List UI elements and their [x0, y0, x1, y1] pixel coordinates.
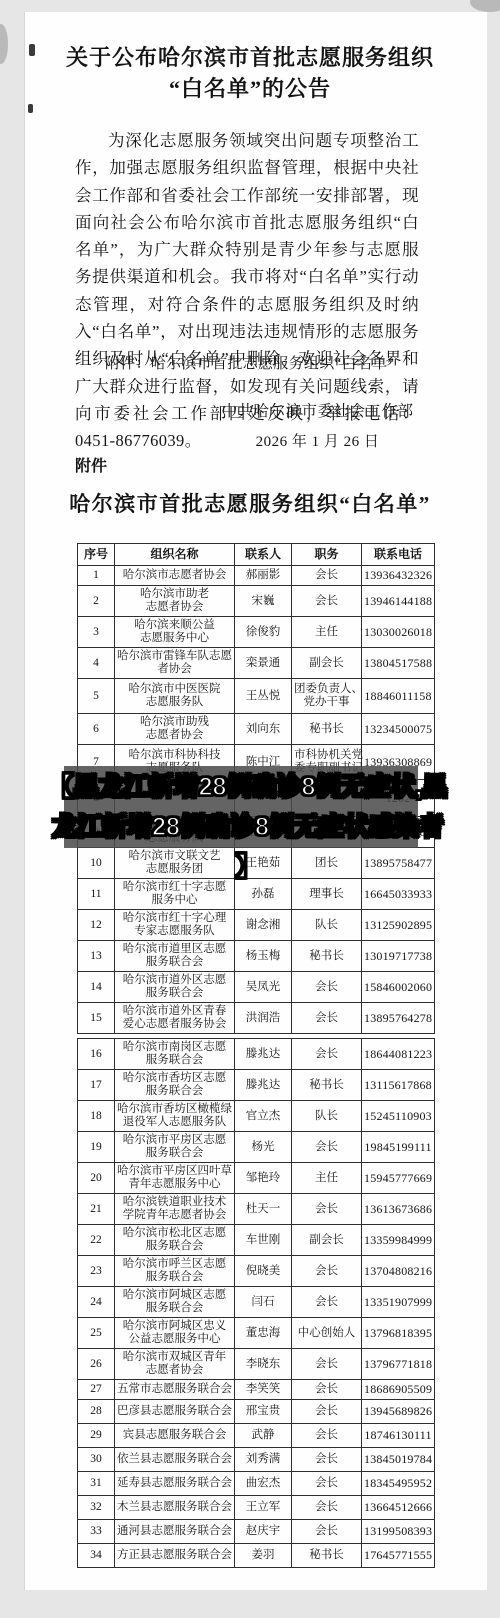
table-row: 4哈尔滨市雷锋车队志愿 者协会栾景通副会长13804517588 [78, 648, 435, 679]
table-row: 20哈尔滨市平房区四叶草 青年志愿服务中心邹艳玲主任15945777669 [78, 1163, 435, 1194]
cell-org: 哈尔滨市香坊区橄榄绿 退役军人志愿服务队 [115, 1101, 235, 1132]
table-row: 28巴彦县志愿服务联合会邢宝贵会长13945689826 [78, 1400, 435, 1424]
cell-index: 29 [78, 1424, 115, 1448]
cell-phone: 13199508393 [362, 1520, 435, 1544]
cell-contact: 杜天一 [235, 1194, 292, 1225]
table-row: 30依兰县志愿服务联合会刘秀满会长13845019784 [78, 1448, 435, 1472]
cell-contact: 闫石 [235, 1287, 292, 1318]
cell-index: 33 [78, 1520, 115, 1544]
scan-artifact [28, 104, 33, 113]
cell-contact: 王立军 [235, 1496, 292, 1520]
cell-org: 哈尔滨市助老 志愿者协会 [115, 586, 235, 617]
cell-phone: 13351907999 [362, 1287, 435, 1318]
cell-phone: 19845199111 [362, 1132, 435, 1163]
whitelist-table-part2: 16哈尔滨市南岗区志愿 服务联合会滕兆达会长1864408122317哈尔滨市香… [77, 1038, 434, 1568]
table-header-cell: 联系电话 [362, 544, 435, 566]
cell-org: 哈尔滨市道里区志愿 服务联合会 [115, 941, 235, 972]
cell-org: 延寿县志愿服务联合会 [115, 1472, 235, 1496]
cell-position: 会长 [292, 1520, 362, 1544]
cell-position: 会长 [292, 1472, 362, 1496]
table-row: 1哈尔滨市志愿者协会郝丽影会长13936432326 [78, 566, 435, 586]
cell-org: 木兰县志愿服务联合会 [115, 1496, 235, 1520]
cell-contact: 刘秀满 [235, 1448, 292, 1472]
cell-contact: 谢念湘 [235, 910, 292, 941]
cell-position: 会长 [292, 1349, 362, 1380]
cell-contact: 邢宝贵 [235, 1400, 292, 1424]
cell-contact: 吴凤光 [235, 972, 292, 1003]
cell-contact: 董忠海 [235, 1318, 292, 1349]
cell-phone: 13704808216 [362, 1256, 435, 1287]
overlay-caption-line3: 】 [36, 847, 460, 887]
cell-position: 团委负责人、 党办干事 [292, 679, 362, 714]
cell-phone: 13946144188 [362, 586, 435, 617]
table-row: 22哈尔滨市松北区志愿 服务联合会车世刚副会长13359984999 [78, 1225, 435, 1256]
cell-index: 12 [78, 910, 115, 941]
cell-position: 中心创始人 [292, 1318, 362, 1349]
overlay-caption-line1: 【黑龙江新增28例确诊8例无症状,黑 [36, 767, 460, 807]
cell-org: 哈尔滨市香坊区志愿 服务联合会 [115, 1070, 235, 1101]
issue-date: 2026 年 1 月 26 日 [200, 430, 435, 451]
cell-position: 会长 [292, 566, 362, 586]
cell-phone: 13115617868 [362, 1070, 435, 1101]
cell-position: 会长 [292, 1496, 362, 1520]
cell-phone: 18644081223 [362, 1039, 435, 1070]
cell-org: 方正县志愿服务联合会 [115, 1544, 235, 1568]
cell-index: 6 [78, 714, 115, 745]
cell-position: 秘书长 [292, 1070, 362, 1101]
cell-org: 哈尔滨市道外区志愿 服务联合会 [115, 972, 235, 1003]
cell-org: 哈尔滨市志愿者协会 [115, 566, 235, 586]
cell-index: 31 [78, 1472, 115, 1496]
cell-index: 2 [78, 586, 115, 617]
cell-index: 24 [78, 1287, 115, 1318]
cell-contact: 车世刚 [235, 1225, 292, 1256]
cell-index: 25 [78, 1318, 115, 1349]
cell-contact: 刘向东 [235, 714, 292, 745]
cell-index: 34 [78, 1544, 115, 1568]
cell-index: 27 [78, 1380, 115, 1400]
cell-index: 16 [78, 1039, 115, 1070]
cell-phone: 13664512666 [362, 1496, 435, 1520]
cell-org: 哈尔滨市平房区志愿 服务联合会 [115, 1132, 235, 1163]
cell-org: 五常市志愿服务联合会 [115, 1380, 235, 1400]
table-row: 15哈尔滨市道外区青春 爱心志愿者服务协会洪润浩会长13895764278 [78, 1003, 435, 1034]
table-row: 32木兰县志愿服务联合会王立军会长13664512666 [78, 1496, 435, 1520]
cell-position: 秘书长 [292, 1544, 362, 1568]
cell-index: 26 [78, 1349, 115, 1380]
cell-index: 1 [78, 566, 115, 586]
cell-position: 会长 [292, 1256, 362, 1287]
table-row: 31延寿县志愿服务联合会曲宏杰会长18345495952 [78, 1472, 435, 1496]
table-row: 21哈尔滨铁道职业技术 学院青年志愿者协会杜天一会长13613673686 [78, 1194, 435, 1225]
cell-index: 4 [78, 648, 115, 679]
table-row: 17哈尔滨市香坊区志愿 服务联合会滕兆达秘书长13115617868 [78, 1070, 435, 1101]
attachment-label: 附件 [75, 453, 107, 476]
table-row: 19哈尔滨市平房区志愿 服务联合会杨光会长19845199111 [78, 1132, 435, 1163]
whitelist-table-continued: 16哈尔滨市南岗区志愿 服务联合会滕兆达会长1864408122317哈尔滨市香… [77, 1038, 435, 1568]
cell-contact: 倪晓美 [235, 1256, 292, 1287]
cell-contact: 滕兆达 [235, 1070, 292, 1101]
cell-position: 秘书长 [292, 941, 362, 972]
cell-phone: 13613673686 [362, 1194, 435, 1225]
cell-index: 5 [78, 679, 115, 714]
cell-phone: 15245110903 [362, 1101, 435, 1132]
table-row: 6哈尔滨市助残 志愿者协会刘向东秘书长13234500075 [78, 714, 435, 745]
cell-contact: 官立杰 [235, 1101, 292, 1132]
cell-phone: 13019717738 [362, 941, 435, 972]
table-row: 23哈尔滨市呼兰区志愿 服务联合会倪晓美会长13704808216 [78, 1256, 435, 1287]
cell-contact: 李晓东 [235, 1349, 292, 1380]
cell-contact: 李笑笑 [235, 1380, 292, 1400]
cell-phone: 13359984999 [362, 1225, 435, 1256]
cell-org: 哈尔滨市平房区四叶草 青年志愿服务中心 [115, 1163, 235, 1194]
cell-contact: 栾景通 [235, 648, 292, 679]
cell-position: 会长 [292, 1039, 362, 1070]
cell-position: 副会长 [292, 648, 362, 679]
attachment-note: 附件：哈尔滨市首批志愿服务组织“白名单” [75, 352, 419, 373]
cell-index: 28 [78, 1400, 115, 1424]
cell-phone: 13796818395 [362, 1318, 435, 1349]
cell-contact: 郝丽影 [235, 566, 292, 586]
cell-position: 会长 [292, 1400, 362, 1424]
cell-index: 30 [78, 1448, 115, 1472]
table-header-cell: 组织名称 [115, 544, 235, 566]
cell-org: 哈尔滨市呼兰区志愿 服务联合会 [115, 1256, 235, 1287]
cell-position: 队长 [292, 910, 362, 941]
table-row: 26哈尔滨市双城区青年 志愿者协会李晓东会长13796771818 [78, 1349, 435, 1380]
cell-phone: 17645771555 [362, 1544, 435, 1568]
cell-contact: 武静 [235, 1424, 292, 1448]
table-header-cell: 序号 [78, 544, 115, 566]
cell-org: 通河县志愿服务联合会 [115, 1520, 235, 1544]
issuer: 中共哈尔滨市委社会工作部 [200, 399, 435, 421]
table-header-cell: 职务 [292, 544, 362, 566]
table-row: 14哈尔滨市道外区志愿 服务联合会吴凤光会长15846002060 [78, 972, 435, 1003]
cell-phone: 13945689826 [362, 1400, 435, 1424]
cell-phone: 13845019784 [362, 1448, 435, 1472]
cell-index: 20 [78, 1163, 115, 1194]
cell-org: 巴彦县志愿服务联合会 [115, 1400, 235, 1424]
cell-org: 哈尔滨市红十字心理 专家志愿服务队 [115, 910, 235, 941]
cell-position: 会长 [292, 1287, 362, 1318]
cell-index: 23 [78, 1256, 115, 1287]
cell-contact: 赵庆宇 [235, 1520, 292, 1544]
cell-contact: 宋巍 [235, 586, 292, 617]
cell-phone: 18345495952 [362, 1472, 435, 1496]
cell-phone: 18846011158 [362, 679, 435, 714]
cell-phone: 13796771818 [362, 1349, 435, 1380]
announcement-title-line1: 关于公布哈尔滨市首批志愿服务组织 [0, 42, 500, 73]
table-row: 18哈尔滨市香坊区橄榄绿 退役军人志愿服务队官立杰队长15245110903 [78, 1101, 435, 1132]
cell-contact: 杨玉梅 [235, 941, 292, 972]
table-row: 25哈尔滨市阿城区忠义 公益志愿服务中心董忠海中心创始人13796818395 [78, 1318, 435, 1349]
page: { "announcement": { "title_lines": ["关于公… [0, 0, 500, 1618]
cell-phone: 15846002060 [362, 972, 435, 1003]
cell-position: 会长 [292, 972, 362, 1003]
cell-org: 宾县志愿服务联合会 [115, 1424, 235, 1448]
table-row: 27五常市志愿服务联合会李笑笑会长18686905509 [78, 1380, 435, 1400]
cell-org: 哈尔滨市雷锋车队志愿 者协会 [115, 648, 235, 679]
cell-org: 哈尔滨市阿城区志愿 服务联合会 [115, 1287, 235, 1318]
cell-position: 主任 [292, 617, 362, 648]
cell-phone: 18746130111 [362, 1424, 435, 1448]
cell-position: 会长 [292, 1132, 362, 1163]
cell-contact: 洪润浩 [235, 1003, 292, 1034]
table-row: 13哈尔滨市道里区志愿 服务联合会杨玉梅秘书长13019717738 [78, 941, 435, 972]
cell-org: 依兰县志愿服务联合会 [115, 1448, 235, 1472]
cell-org: 哈尔滨市双城区青年 志愿者协会 [115, 1349, 235, 1380]
attachment-title: 哈尔滨市首批志愿服务组织“白名单” [0, 488, 500, 518]
cell-phone: 13804517588 [362, 648, 435, 679]
table-header-cell: 联系人 [235, 544, 292, 566]
signature-block: 中共哈尔滨市委社会工作部 2026 年 1 月 26 日 [200, 399, 435, 451]
cell-contact: 杨光 [235, 1132, 292, 1163]
cell-contact: 邹艳玲 [235, 1163, 292, 1194]
table-row: 24哈尔滨市阿城区志愿 服务联合会闫石会长13351907999 [78, 1287, 435, 1318]
cell-org: 哈尔滨市阿城区忠义 公益志愿服务中心 [115, 1318, 235, 1349]
cell-phone: 13125902895 [362, 910, 435, 941]
overlay-caption: 【黑龙江新增28例确诊8例无症状,黑 龙江新增28例确诊8例无症状感染者 】 [36, 767, 460, 887]
cell-org: 哈尔滨市南岗区志愿 服务联合会 [115, 1039, 235, 1070]
announcement-title: 关于公布哈尔滨市首批志愿服务组织 “白名单”的公告 [0, 42, 500, 104]
table-row: 3哈尔滨来顺公益 志愿服务中心徐俊豹主任13030026018 [78, 617, 435, 648]
cell-index: 32 [78, 1496, 115, 1520]
table-row: 33通河县志愿服务联合会赵庆宇会长13199508393 [78, 1520, 435, 1544]
cell-org: 哈尔滨市中医医院 志愿服务队 [115, 679, 235, 714]
cell-phone: 13895764278 [362, 1003, 435, 1034]
cell-contact: 姜羽 [235, 1544, 292, 1568]
cell-position: 会长 [292, 1003, 362, 1034]
cell-index: 18 [78, 1101, 115, 1132]
cell-index: 14 [78, 972, 115, 1003]
table-row: 2哈尔滨市助老 志愿者协会宋巍会长13946144188 [78, 586, 435, 617]
cell-org: 哈尔滨市助残 志愿者协会 [115, 714, 235, 745]
cell-index: 21 [78, 1194, 115, 1225]
cell-index: 3 [78, 617, 115, 648]
cell-index: 19 [78, 1132, 115, 1163]
cell-position: 秘书长 [292, 714, 362, 745]
table-row: 29宾县志愿服务联合会武静会长18746130111 [78, 1424, 435, 1448]
cell-index: 15 [78, 1003, 115, 1034]
cell-index: 13 [78, 941, 115, 972]
cell-index: 17 [78, 1070, 115, 1101]
cell-phone: 15945777669 [362, 1163, 435, 1194]
cell-contact: 曲宏杰 [235, 1472, 292, 1496]
table-row: 16哈尔滨市南岗区志愿 服务联合会滕兆达会长18644081223 [78, 1039, 435, 1070]
announcement-title-line2: “白名单”的公告 [0, 73, 500, 104]
cell-index: 22 [78, 1225, 115, 1256]
cell-org: 哈尔滨市松北区志愿 服务联合会 [115, 1225, 235, 1256]
cell-position: 会长 [292, 1424, 362, 1448]
cell-contact: 王丛悦 [235, 679, 292, 714]
cell-position: 副会长 [292, 1225, 362, 1256]
table-row: 5哈尔滨市中医医院 志愿服务队王丛悦团委负责人、 党办干事18846011158 [78, 679, 435, 714]
cell-org: 哈尔滨来顺公益 志愿服务中心 [115, 617, 235, 648]
cell-position: 主任 [292, 1163, 362, 1194]
table-row: 34方正县志愿服务联合会姜羽秘书长17645771555 [78, 1544, 435, 1568]
cell-phone: 13234500075 [362, 714, 435, 745]
table-header-row: 序号组织名称联系人职务联系电话 [78, 544, 435, 566]
scan-artifact [470, 0, 500, 12]
cell-position: 会长 [292, 1194, 362, 1225]
cell-org: 哈尔滨铁道职业技术 学院青年志愿者协会 [115, 1194, 235, 1225]
cell-position: 会长 [292, 1448, 362, 1472]
cell-contact: 徐俊豹 [235, 617, 292, 648]
cell-phone: 13030026018 [362, 617, 435, 648]
overlay-caption-line2: 龙江新增28例确诊8例无症状感染者 [36, 807, 460, 847]
cell-position: 会长 [292, 586, 362, 617]
cell-position: 会长 [292, 1380, 362, 1400]
cell-position: 队长 [292, 1101, 362, 1132]
cell-contact: 滕兆达 [235, 1039, 292, 1070]
cell-phone: 18686905509 [362, 1380, 435, 1400]
cell-org: 哈尔滨市道外区青春 爱心志愿者服务协会 [115, 1003, 235, 1034]
table-row: 12哈尔滨市红十字心理 专家志愿服务队谢念湘队长13125902895 [78, 910, 435, 941]
cell-phone: 13936432326 [362, 566, 435, 586]
